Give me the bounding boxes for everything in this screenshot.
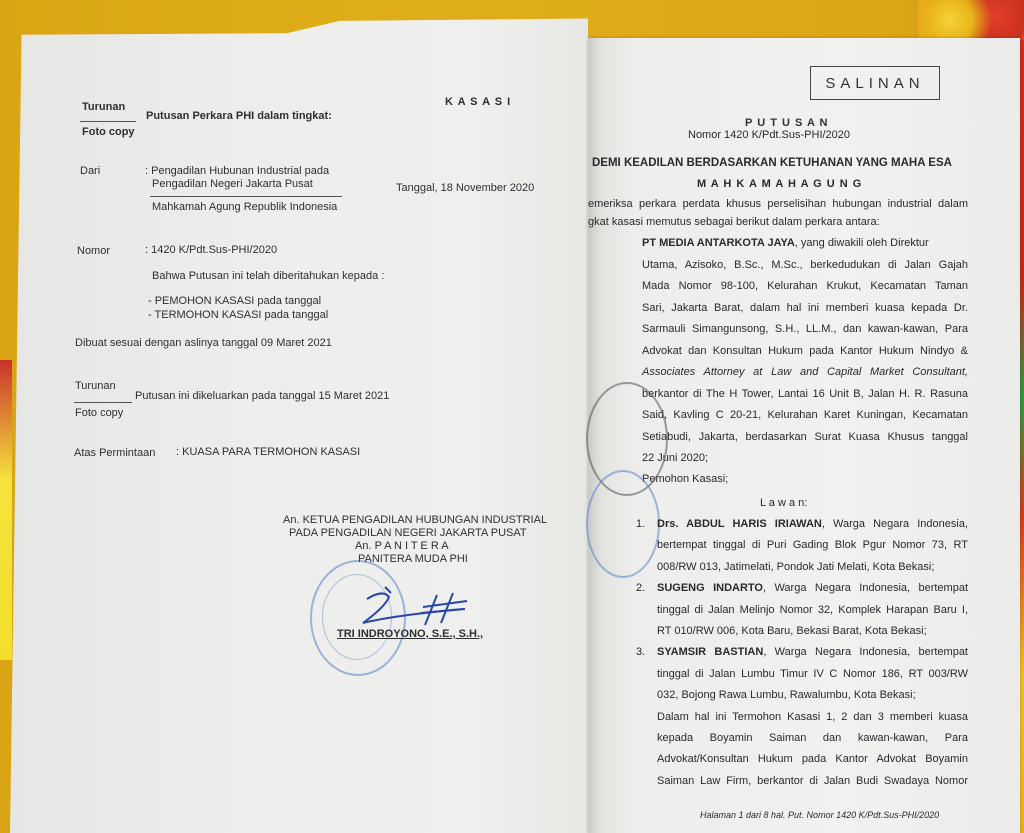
nomor-label: Nomor [77,245,110,257]
termohon-1-number: 1. [636,518,645,530]
signature-line-4: PANITERA MUDA PHI [358,553,468,565]
background-fabric-flowers [918,0,1024,40]
notified-pemohon: - PEMOHON KASASI pada tanggal [148,295,321,307]
intro-line-1: emeriksa perkara perdata khusus perselis… [588,198,968,210]
left-document-page [10,16,588,833]
kuasa-line: Advokat/Konsultan Hukum pada Kantor Advo… [657,753,968,765]
dibuat-text: Dibuat sesuai dengan aslinya tanggal 09 … [75,337,332,349]
pemohon-line: Mada Nomor 98-100, Kelurahan Krukut, Kec… [642,280,968,292]
dari-line-1: : Pengadilan Hubunan Industrial pada [145,165,329,177]
signature-line-1: An. KETUA PENGADILAN HUBUNGAN INDUSTRIAL [283,514,547,526]
pemohon-line: Advokat dan Konsultan Hukum pada Kantor … [642,345,968,357]
termohon-3-first-line: SYAMSIR BASTIAN, Warga Negara Indonesia,… [657,646,968,658]
pemohon-line: Setiabudi, Jakarta, berdasarkan Surat Ku… [642,431,968,443]
termohon-1-line: bertempat tinggal di Puri Gading Blok Pg… [657,539,968,551]
signature-line-3: An. P A N I T E R A [355,540,449,552]
invocation: DEMI KEADILAN BERDASARKAN KETUHANAN YANG… [592,157,952,169]
dari-label: Dari [80,165,100,177]
termohon-3-line: 032, Bojong Rawa Lumbu, Rawalumbu, Kota … [657,689,916,701]
dari-line-2: Pengadilan Negeri Jakarta Pusat [152,178,313,190]
document-title: Putusan Perkara PHI dalam tingkat: [146,110,332,122]
signature-line-2: PADA PENGADILAN NEGERI JAKARTA PUSAT [289,527,527,539]
putusan-nomor: Nomor 1420 K/Pdt.Sus-PHI/2020 [688,129,850,141]
intro-line-2: gkat kasasi memutus sebagai berikut dala… [588,216,880,228]
page-footer: Halaman 1 dari 8 hal. Put. Nomor 1420 K/… [700,810,939,820]
termohon-3-line: tinggal di Jalan Lumbu Timur IV C Nomor … [657,668,968,680]
background-fabric-left [0,360,12,660]
issued-turunan: Turunan [75,380,116,392]
foto-copy-label: Foto copy [82,126,135,138]
turunan-label: Turunan [82,101,125,113]
notice-text: Bahwa Putusan ini telah diberitahukan ke… [152,270,384,282]
termohon-2-number: 2. [636,582,645,594]
termohon-2-line: tinggal di Jalan Melinjo Nomor 32, Kompl… [657,604,968,616]
salinan-stamp-box: SALINAN [810,66,940,100]
termohon-1-line: 008/RW 013, Jatimelati, Pondok Jati Mela… [657,561,934,573]
pemohon-line: Sarmauli Simangunsong, S.H., LL.M., dan … [642,323,968,335]
pemohon-line: Utama, Azisoko, B.Sc., M.Sc., berkeduduk… [642,259,968,271]
pemohon-first-line: PT MEDIA ANTARKOTA JAYA, yang diwakili o… [642,237,929,249]
kuasa-line: Dalam hal ini Termohon Kasasi 1, 2 dan 3… [657,711,968,723]
pemohon-line: Sari, Jakarta Barat, dalam hal ini membe… [642,302,968,314]
atas-permintaan-value: : KUASA PARA TERMOHON KASASI [176,446,360,458]
pemohon-line: Associates Attorney at Law and Capital M… [642,366,968,378]
atas-permintaan-label: Atas Permintaan [74,447,155,459]
nomor-value: : 1420 K/Pdt.Sus-PHI/2020 [145,244,277,256]
termohon-3-number: 3. [636,646,645,658]
pemohon-line: Said, Kavling C 20-21, Kelurahan Karet K… [642,409,968,421]
signer-name: TRI INDROYONO, S.E., S.H., [337,628,483,640]
kuasa-line: Saiman Law Firm, berkantor di Jalan Budi… [657,775,968,787]
fraction-line [80,121,136,122]
termohon-2-line: RT 010/RW 006, Kota Baru, Bekasi Barat, … [657,625,927,637]
blue-seal-stamp [586,470,660,578]
pemohon-name: PT MEDIA ANTARKOTA JAYA [642,237,795,249]
issued-foto-copy: Foto copy [75,407,123,419]
issued-text: Putusan ini dikeluarkan pada tanggal 15 … [135,390,389,402]
dari-line-3: Mahkamah Agung Republik Indonesia [152,201,337,213]
kuasa-line: kepada Boyamin Saiman dan kawan-kawan, P… [657,732,968,744]
termohon-1-first-line: Drs. ABDUL HARIS IRIAWAN, Warga Negara I… [657,518,968,530]
issued-fraction-line [74,402,132,403]
putusan-title: P U T U S A N [745,117,829,129]
tanggal-date: Tanggal, 18 November 2020 [396,182,534,194]
termohon-2-first-line: SUGENG INDARTO, Warga Negara Indonesia, … [657,582,968,594]
court-name: M A H K A M A H A G U N G [697,178,862,190]
lawan-heading: L a w a n: [760,497,807,509]
pemohon-line: berkantor di The H Tower, Lantai 16 Unit… [642,388,968,400]
tingkat-value: K A S A S I [445,96,511,108]
dari-separator [150,196,342,197]
notified-termohon: - TERMOHON KASASI pada tanggal [148,309,328,321]
